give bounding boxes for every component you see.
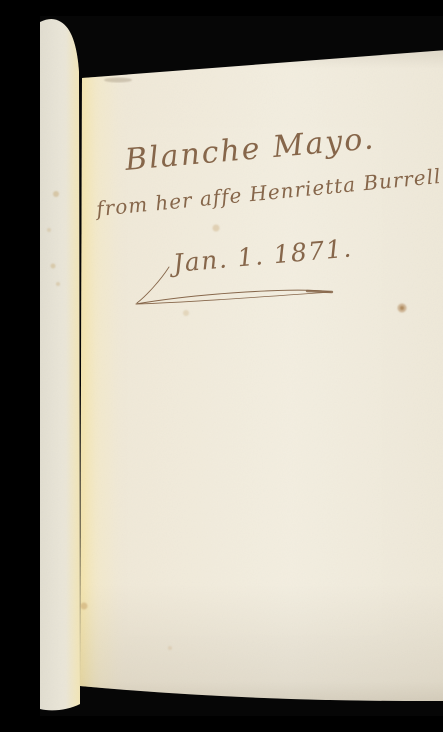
book-photo-canvas: Blanche Mayo. from her affe Henrietta Bu… <box>40 16 443 716</box>
foxing-spot <box>81 603 88 610</box>
page-edge-shadow <box>104 78 132 83</box>
foxing-spot <box>53 191 59 197</box>
foxing-spot <box>400 306 404 310</box>
foxing-spot <box>183 310 189 316</box>
foxing-spot <box>56 282 60 286</box>
foxing-spot <box>47 228 51 232</box>
paper-texture <box>40 16 443 716</box>
foxing-spot <box>213 225 220 232</box>
foxing-spot <box>51 264 56 269</box>
foxing-spot <box>168 646 172 650</box>
book-photo: Blanche Mayo. from her affe Henrietta Bu… <box>40 16 443 716</box>
